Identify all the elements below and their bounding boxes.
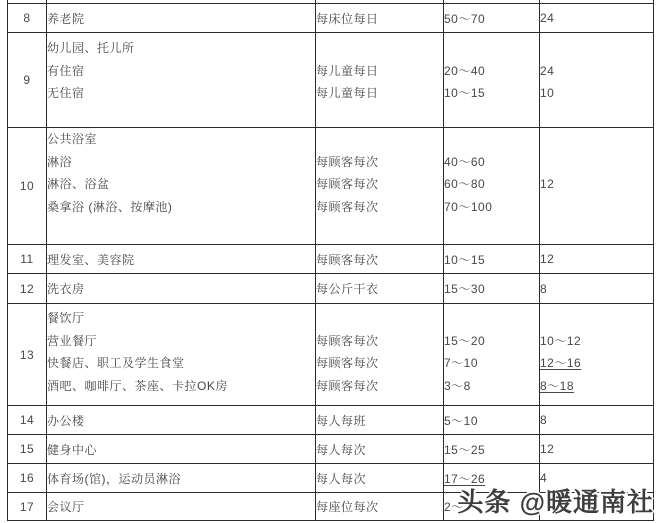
cell-row-number: 9 [8,33,47,128]
cell-range: 10～15 [444,245,540,274]
cell-line: 营业餐厅 [47,330,315,353]
cell-hours: 12 [540,128,654,245]
cell-line: 每儿童每日 [316,82,443,105]
cell-line: 12 [540,173,653,196]
cell-name: 幼儿园、托儿所有住宿无住宿 [47,33,316,128]
cell-line: 快餐店、职工及学生食堂 [47,352,315,375]
table-row: 12洗衣房每公斤干衣15～308 [8,274,654,304]
cell-line: 10～12 [540,330,653,353]
cell-row-number: 15 [8,435,47,464]
hot-water-usage-table-screenshot: 8养老院每床位每日50～70249幼儿园、托儿所有住宿无住宿每儿童每日每儿童每日… [0,0,657,523]
table-row: 14办公楼每人每班5～108 [8,406,654,435]
cell-name: 养老院 [47,4,316,33]
cell-line [316,37,443,60]
table-row: 13餐饮厅营业餐厅快餐店、职工及学生食堂酒吧、咖啡厅、茶座、卡拉OK房每顾客每次… [8,304,654,406]
cell-unit: 每座位每次 [316,493,444,521]
cell-row-number: 11 [8,245,47,274]
cell-row-number: 17 [8,493,47,521]
cell-unit: 每人每次 [316,435,444,464]
watermark: 头条 @暖通南社 [457,482,654,519]
cell-range: 50～70 [444,4,540,33]
cell-row-number: 16 [8,464,47,493]
table-row: 10公共浴室淋浴淋浴、浴盆桑拿浴 (淋浴、按摩池)每顾客每次每顾客每次每顾客每次… [8,128,654,245]
cell-row-number: 13 [8,304,47,406]
cell-range: 20～4010～15 [444,33,540,128]
cell-hours: 12 [540,245,654,274]
cell-hours: 10～1212～168～18 [540,304,654,406]
cell-line: 有住宿 [47,60,315,83]
cell-line: 每顾客每次 [316,375,443,398]
cell-row-number: 10 [8,128,47,245]
cell-unit: 每儿童每日每儿童每日 [316,33,444,128]
cell-row-number: 12 [8,274,47,304]
cell-unit: 每公斤干衣 [316,274,444,304]
cell-line [540,151,653,174]
cell-unit: 每顾客每次每顾客每次每顾客每次 [316,128,444,245]
cell-line: 3～8 [444,375,539,398]
table-row: 9幼儿园、托儿所有住宿无住宿每儿童每日每儿童每日20～4010～152410 [8,33,654,128]
water-table-body: 8养老院每床位每日50～70249幼儿园、托儿所有住宿无住宿每儿童每日每儿童每日… [8,0,654,521]
cell-line [540,196,653,219]
cell-line [444,307,539,330]
cell-line: 24 [540,60,653,83]
cell-line: 酒吧、咖啡厅、茶座、卡拉OK房 [47,375,315,398]
cell-line: 淋浴、浴盆 [47,173,315,196]
table-row: 11理发室、美容院每顾客每次10～1512 [8,245,654,274]
cell-line: 40～60 [444,151,539,174]
cell-name: 洗衣房 [47,274,316,304]
cell-hours: 8 [540,274,654,304]
cell-row-number: 14 [8,406,47,435]
cell-range: 5～10 [444,406,540,435]
cell-range: 40～6060～8070～100 [444,128,540,245]
cell-line: 10 [540,82,653,105]
cell-line: 7～10 [444,352,539,375]
cell-line: 每顾客每次 [316,151,443,174]
cell-line: 10～15 [444,82,539,105]
underlined-value: 12～16 [540,356,581,370]
cell-line: 60～80 [444,173,539,196]
cell-line: 无住宿 [47,82,315,105]
cell-line [540,307,653,330]
cell-line: 12～16 [540,352,653,375]
cell-line [540,128,653,151]
underlined-value: 8～18 [540,379,574,393]
cell-line [444,128,539,151]
cell-name: 办公楼 [47,406,316,435]
cell-unit: 每人每班 [316,406,444,435]
cell-line [316,128,443,151]
cell-line [316,307,443,330]
cell-line: 淋浴 [47,151,315,174]
cell-range: 15～207～103～8 [444,304,540,406]
cell-line: 15～20 [444,330,539,353]
cell-line: 20～40 [444,60,539,83]
cell-hours: 8 [540,406,654,435]
cell-line: 每儿童每日 [316,60,443,83]
cell-line: 70～100 [444,196,539,219]
cell-name: 公共浴室淋浴淋浴、浴盆桑拿浴 (淋浴、按摩池) [47,128,316,245]
cell-name: 健身中心 [47,435,316,464]
cell-range: 15～25 [444,435,540,464]
table-row: 15健身中心每人每次15～2512 [8,435,654,464]
cell-unit: 每人每次 [316,464,444,493]
hot-water-usage-table: 8养老院每床位每日50～70249幼儿园、托儿所有住宿无住宿每儿童每日每儿童每日… [7,0,654,521]
table-row: 8养老院每床位每日50～7024 [8,4,654,33]
cell-unit: 每顾客每次 [316,245,444,274]
cell-unit: 每床位每日 [316,4,444,33]
cell-name: 餐饮厅营业餐厅快餐店、职工及学生食堂酒吧、咖啡厅、茶座、卡拉OK房 [47,304,316,406]
cell-line: 每顾客每次 [316,196,443,219]
cell-line: 8～18 [540,375,653,398]
cell-hours: 2410 [540,33,654,128]
cell-row-number: 8 [8,4,47,33]
cell-range: 15～30 [444,274,540,304]
cell-name: 理发室、美容院 [47,245,316,274]
cell-line: 餐饮厅 [47,307,315,330]
cell-unit: 每顾客每次每顾客每次每顾客每次 [316,304,444,406]
cell-line: 幼儿园、托儿所 [47,37,315,60]
cell-name: 体育场(馆)，运动员淋浴 [47,464,316,493]
cell-line [444,37,539,60]
cell-name: 会议厅 [47,493,316,521]
cell-line: 每顾客每次 [316,330,443,353]
cell-line: 桑拿浴 (淋浴、按摩池) [47,196,315,219]
cell-hours: 12 [540,435,654,464]
cell-line: 公共浴室 [47,128,315,151]
cell-line: 每顾客每次 [316,173,443,196]
cell-line: 每顾客每次 [316,352,443,375]
cell-line [540,37,653,60]
cell-hours: 24 [540,4,654,33]
